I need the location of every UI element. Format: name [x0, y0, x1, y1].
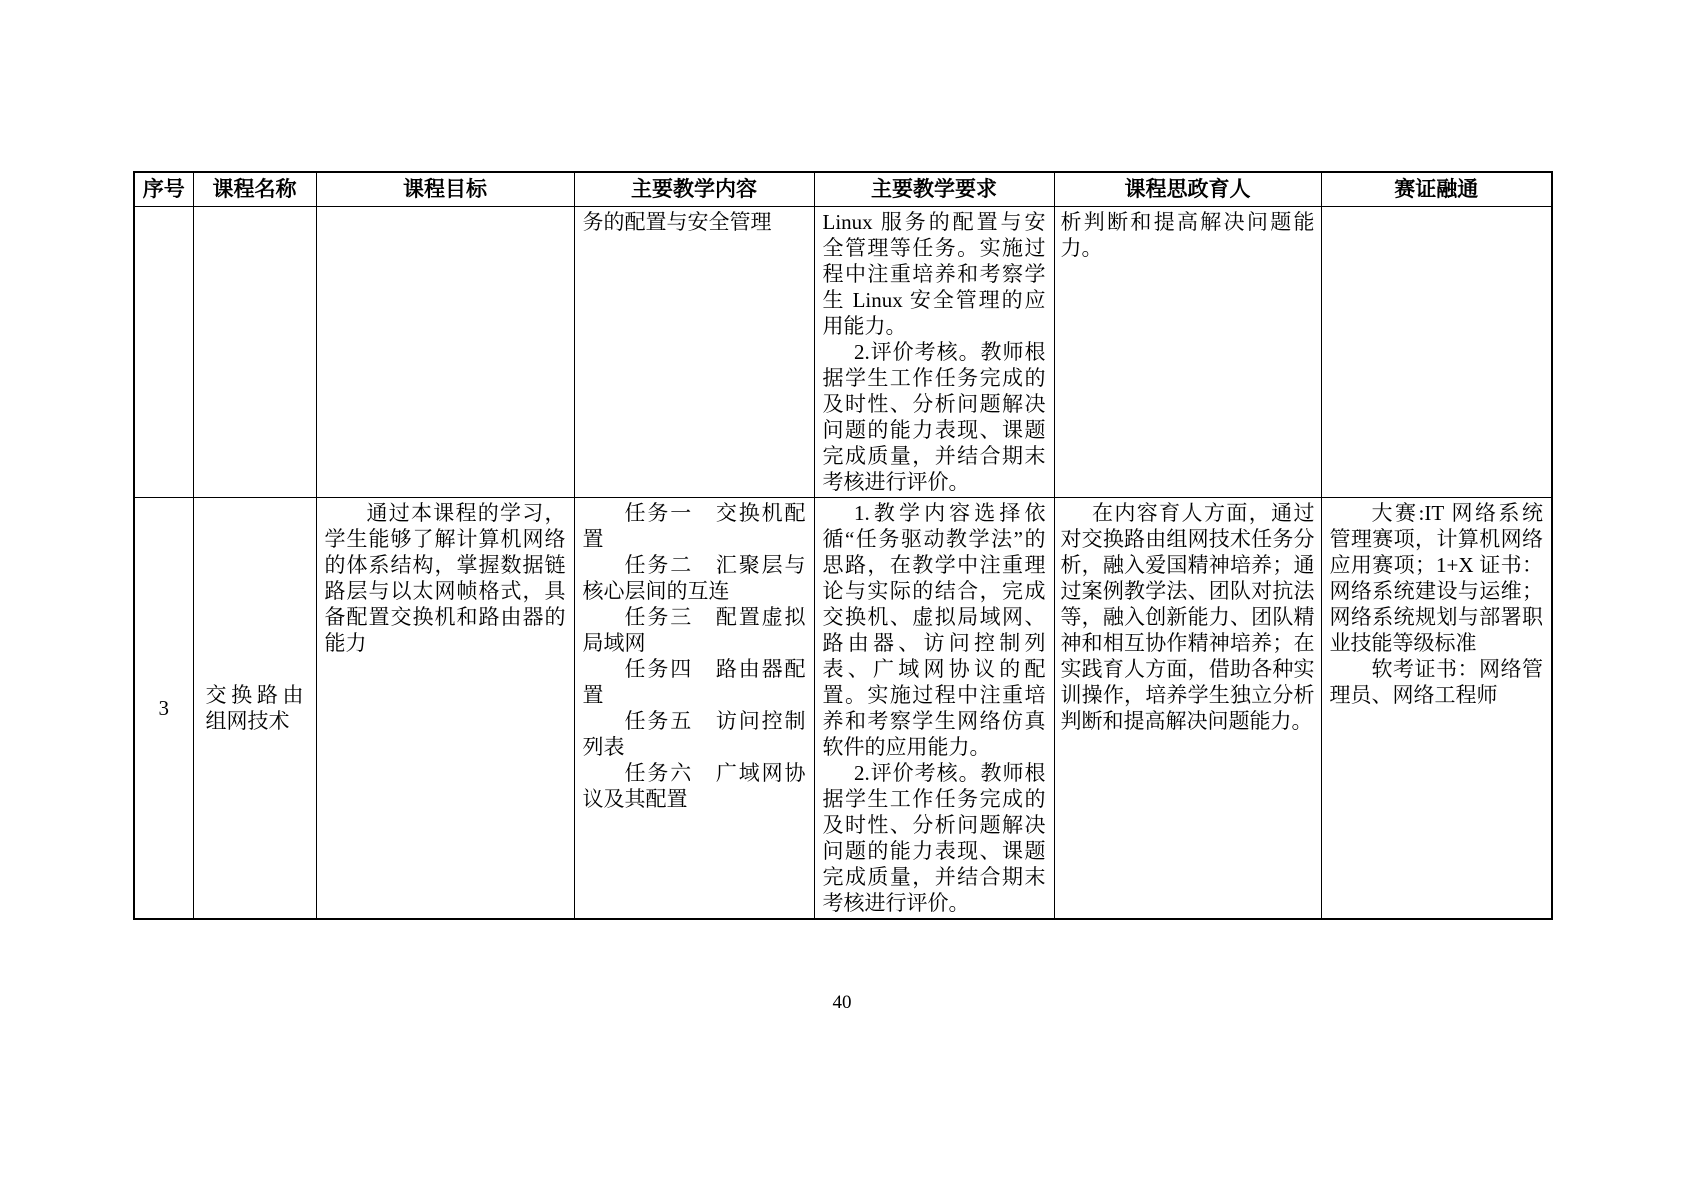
cell-course-name-empty — [193, 206, 316, 497]
header-teaching-requirements: 主要教学要求 — [814, 172, 1054, 206]
objectives-paragraph: 通过本课程的学习，学生能够了解计算机网络的体系结构，掌握数据链路层与以太网帧格式… — [325, 500, 566, 656]
page-number: 40 — [0, 992, 1684, 1014]
course-name-text: 交换路由组网技术 — [206, 682, 304, 734]
cell-objectives-empty — [316, 206, 574, 497]
header-teaching-content: 主要教学内容 — [574, 172, 814, 206]
ideology-paragraph: 在内容育人方面，通过对交换路由组网技术任务分析，融入爱国精神培养；通过案例教学法… — [1061, 500, 1315, 734]
cell-competition-certificate: 大赛:IT 网络系统管理赛项，计算机网络应用赛项；1+X 证书：网络系统建设与运… — [1321, 497, 1552, 919]
requirements-paragraph: 2.评价考核。教师根据学生工作任务完成的及时性、分析问题解决问题的能力表现、课题… — [823, 339, 1046, 495]
table-header-row: 序号 课程名称 课程目标 主要教学内容 主要教学要求 课程思政育人 赛证融通 — [134, 172, 1552, 206]
cell-competition-certificate-empty — [1321, 206, 1552, 497]
cell-serial-empty — [134, 206, 193, 497]
cell-course-name: 交换路由组网技术 — [193, 497, 316, 919]
table-row-course-3: 3 交换路由组网技术 通过本课程的学习，学生能够了解计算机网络的体系结构，掌握数… — [134, 497, 1552, 919]
table-row-continuation: 务的配置与安全管理 Linux 服务的配置与安全管理等任务。实施过程中注重培养和… — [134, 206, 1552, 497]
cell-course-objectives: 通过本课程的学习，学生能够了解计算机网络的体系结构，掌握数据链路层与以太网帧格式… — [316, 497, 574, 919]
task-item: 任务二 汇聚层与核心层间的互连 — [583, 552, 806, 604]
requirements-paragraph: Linux 服务的配置与安全管理等任务。实施过程中注重培养和考察学生 Linux… — [823, 209, 1046, 339]
cell-serial-number: 3 — [134, 497, 193, 919]
requirements-paragraph: 1.教学内容选择依循“任务驱动教学法”的思路，在教学中注重理论与实际的结合，完成… — [823, 500, 1046, 760]
header-serial-number: 序号 — [134, 172, 193, 206]
task-item: 任务三 配置虚拟局域网 — [583, 604, 806, 656]
header-ideological-education: 课程思政育人 — [1054, 172, 1321, 206]
document-page: 序号 课程名称 课程目标 主要教学内容 主要教学要求 课程思政育人 赛证融通 务… — [0, 0, 1684, 1191]
cell-ideological-education: 在内容育人方面，通过对交换路由组网技术任务分析，融入爱国精神培养；通过案例教学法… — [1054, 497, 1321, 919]
cell-teaching-requirements: Linux 服务的配置与安全管理等任务。实施过程中注重培养和考察学生 Linux… — [814, 206, 1054, 497]
task-item: 任务一 交换机配置 — [583, 500, 806, 552]
teaching-content-text: 务的配置与安全管理 — [583, 209, 806, 235]
cell-teaching-content: 务的配置与安全管理 — [574, 206, 814, 497]
header-course-objectives: 课程目标 — [316, 172, 574, 206]
cell-ideological-education: 析判断和提高解决问题能力。 — [1054, 206, 1321, 497]
cell-teaching-content: 任务一 交换机配置 任务二 汇聚层与核心层间的互连 任务三 配置虚拟局域网 任务… — [574, 497, 814, 919]
task-item: 任务四 路由器配置 — [583, 656, 806, 708]
ideology-paragraph: 析判断和提高解决问题能力。 — [1061, 209, 1315, 261]
task-item: 任务六 广域网协议及其配置 — [583, 760, 806, 812]
course-plan-table: 序号 课程名称 课程目标 主要教学内容 主要教学要求 课程思政育人 赛证融通 务… — [133, 171, 1553, 920]
header-course-name: 课程名称 — [193, 172, 316, 206]
cell-teaching-requirements: 1.教学内容选择依循“任务驱动教学法”的思路，在教学中注重理论与实际的结合，完成… — [814, 497, 1054, 919]
certificate-paragraph: 大赛:IT 网络系统管理赛项，计算机网络应用赛项；1+X 证书：网络系统建设与运… — [1330, 500, 1544, 656]
task-item: 任务五 访问控制列表 — [583, 708, 806, 760]
requirements-paragraph: 2.评价考核。教师根据学生工作任务完成的及时性、分析问题解决问题的能力表现、课题… — [823, 760, 1046, 916]
certificate-paragraph: 软考证书：网络管理员、网络工程师 — [1330, 656, 1544, 708]
header-competition-certificate: 赛证融通 — [1321, 172, 1552, 206]
